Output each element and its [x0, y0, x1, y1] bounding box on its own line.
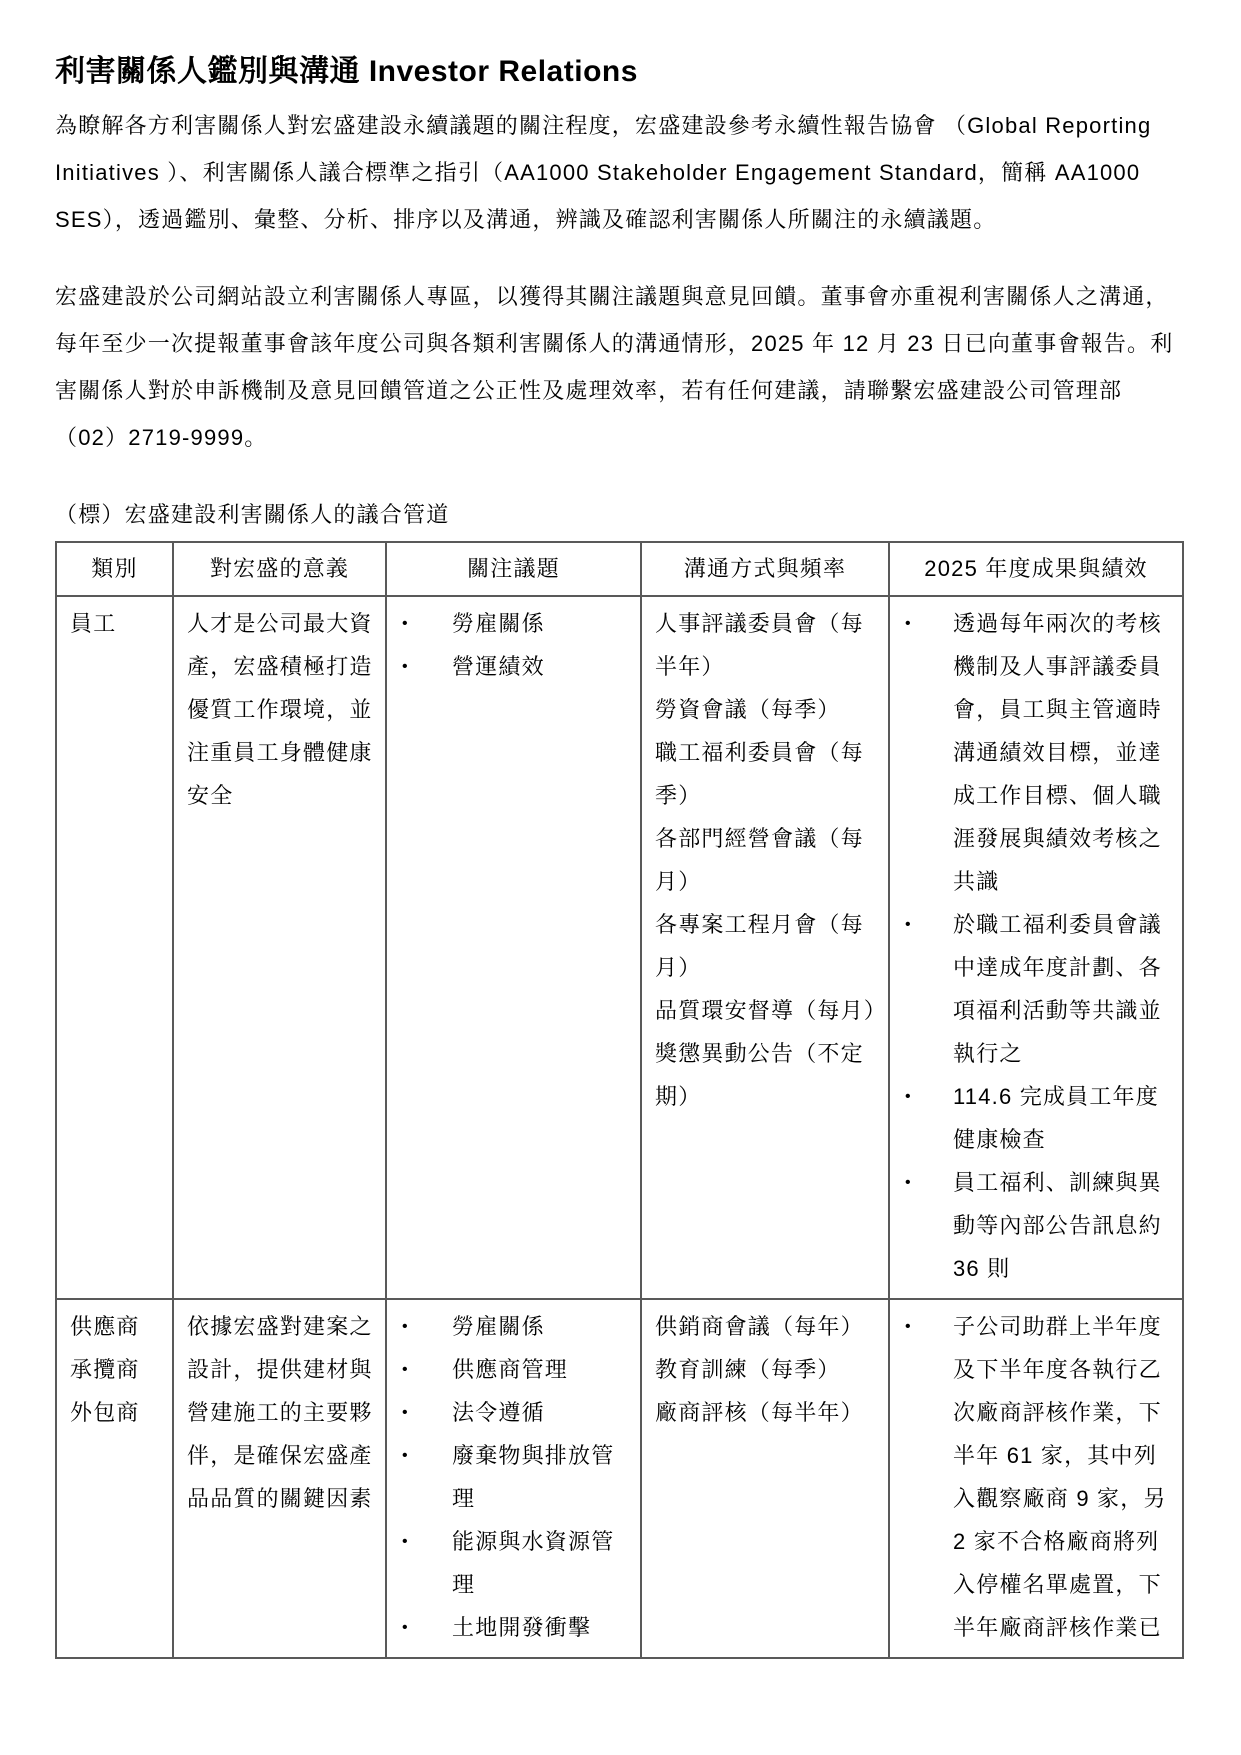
list-item: •114.6 完成員工年度健康檢查 [903, 1075, 1176, 1161]
list-item: •透過每年兩次的考核機制及人事評議委員會，員工與主管適時溝通績效目標，並達成工作… [903, 602, 1176, 903]
list-item-text: 能源與水資源管理 [452, 1520, 634, 1606]
list-item: 承攬商 [70, 1348, 166, 1391]
table-row-suppliers: 供應商承攬商外包商 依據宏盛對建案之設計，提供建材與營建施工的主要夥伴，是確保宏… [56, 1299, 1183, 1658]
list-item: •能源與水資源管理 [400, 1520, 634, 1606]
cell-results: •透過每年兩次的考核機制及人事評議委員會，員工與主管適時溝通績效目標，並達成工作… [889, 596, 1183, 1299]
bullet-icon: • [903, 1075, 953, 1118]
table-caption: （標）宏盛建設利害關係人的議合管道 [55, 491, 1184, 538]
header-meaning: 對宏盛的意義 [173, 542, 386, 596]
cell-topics: •勞雇關係•供應商管理•法令遵循•廢棄物與排放管理•能源與水資源管理•土地開發衝… [386, 1299, 641, 1658]
list-item: 員工 [70, 602, 166, 645]
list-item-text: 土地開發衝擊 [452, 1606, 634, 1649]
page-title: 利害關係人鑑別與溝通 Investor Relations [55, 52, 1184, 92]
list-item-text: 子公司助群上半年度及下半年度各執行乙次廠商評核作業，下半年 61 家，其中列入觀… [953, 1305, 1176, 1649]
list-item: 外包商 [70, 1391, 166, 1434]
bullet-icon: • [400, 1520, 452, 1563]
list-item-text: 廢棄物與排放管理 [452, 1434, 634, 1520]
list-item: 供應商 [70, 1305, 166, 1348]
cell-channels: 人事評議委員會（每半年）勞資會議（每季）職工福利委員會（每季）各部門經營會議（每… [641, 596, 889, 1299]
list-item-text: 員工福利、訓練與異動等內部公告訊息約 36 則 [953, 1161, 1176, 1290]
list-item: 教育訓練（每季） [655, 1348, 882, 1391]
list-item: 勞資會議（每季） [655, 688, 882, 731]
cell-category: 供應商承攬商外包商 [56, 1299, 173, 1658]
bullet-icon: • [903, 1161, 953, 1204]
header-channels: 溝通方式與頻率 [641, 542, 889, 596]
list-item: •營運績效 [400, 645, 634, 688]
table-row-employees: 員工 人才是公司最大資產，宏盛積極打造優質工作環境，並注重員工身體健康安全 •勞… [56, 596, 1183, 1299]
list-item-text: 營運績效 [452, 645, 634, 688]
cell-topics: •勞雇關係•營運績效 [386, 596, 641, 1299]
bullet-icon: • [400, 1348, 452, 1391]
list-item: •廢棄物與排放管理 [400, 1434, 634, 1520]
cell-meaning: 依據宏盛對建案之設計，提供建材與營建施工的主要夥伴，是確保宏盛產品品質的關鍵因素 [173, 1299, 386, 1658]
list-item: •員工福利、訓練與異動等內部公告訊息約 36 則 [903, 1161, 1176, 1290]
list-item: •勞雇關係 [400, 1305, 634, 1348]
bullet-icon: • [400, 602, 452, 645]
communication-paragraph: 宏盛建設於公司網站設立利害關係人專區，以獲得其關注議題與意見回饋。董事會亦重視利… [55, 273, 1184, 461]
cell-meaning: 人才是公司最大資產，宏盛積極打造優質工作環境，並注重員工身體健康安全 [173, 596, 386, 1299]
bullet-icon: • [903, 903, 953, 946]
list-item: 各專案工程月會（每月） [655, 903, 882, 989]
list-item: •供應商管理 [400, 1348, 634, 1391]
header-results: 2025 年度成果與績效 [889, 542, 1183, 596]
list-item: •勞雇關係 [400, 602, 634, 645]
table-header-row: 類別 對宏盛的意義 關注議題 溝通方式與頻率 2025 年度成果與績效 [56, 542, 1183, 596]
list-item: 廠商評核（每半年） [655, 1391, 882, 1434]
bullet-icon: • [400, 1305, 452, 1348]
cell-category: 員工 [56, 596, 173, 1299]
list-item-text: 勞雇關係 [452, 1305, 634, 1348]
list-item: •於職工福利委員會議中達成年度計劃、各項福利活動等共識並執行之 [903, 903, 1176, 1075]
list-item-text: 勞雇關係 [452, 602, 634, 645]
bullet-icon: • [400, 1606, 452, 1649]
list-item-text: 於職工福利委員會議中達成年度計劃、各項福利活動等共識並執行之 [953, 903, 1176, 1075]
cell-channels: 供銷商會議（每年）教育訓練（每季）廠商評核（每半年） [641, 1299, 889, 1658]
header-category: 類別 [56, 542, 173, 596]
list-item: 各部門經營會議（每月） [655, 817, 882, 903]
bullet-icon: • [400, 1391, 452, 1434]
bullet-icon: • [400, 1434, 452, 1477]
list-item: •土地開發衝擊 [400, 1606, 634, 1649]
list-item-text: 透過每年兩次的考核機制及人事評議委員會，員工與主管適時溝通績效目標，並達成工作目… [953, 602, 1176, 903]
stakeholder-engagement-table: 類別 對宏盛的意義 關注議題 溝通方式與頻率 2025 年度成果與績效 員工 人… [55, 541, 1184, 1659]
list-item-text: 供應商管理 [452, 1348, 634, 1391]
list-item: •法令遵循 [400, 1391, 634, 1434]
list-item-text: 法令遵循 [452, 1391, 634, 1434]
bullet-icon: • [400, 645, 452, 688]
bullet-icon: • [903, 1305, 953, 1348]
bullet-icon: • [903, 602, 953, 645]
list-item-text: 114.6 完成員工年度健康檢查 [953, 1075, 1176, 1161]
intro-paragraph: 為瞭解各方利害關係人對宏盛建設永續議題的關注程度，宏盛建設參考永續性報告協會 （… [55, 102, 1184, 243]
cell-results: •子公司助群上半年度及下半年度各執行乙次廠商評核作業，下半年 61 家，其中列入… [889, 1299, 1183, 1658]
list-item: 品質環安督導（每月） [655, 989, 882, 1032]
list-item: 職工福利委員會（每季） [655, 731, 882, 817]
header-topics: 關注議題 [386, 542, 641, 596]
list-item: 獎懲異動公告（不定期） [655, 1032, 882, 1118]
list-item: •子公司助群上半年度及下半年度各執行乙次廠商評核作業，下半年 61 家，其中列入… [903, 1305, 1176, 1649]
list-item: 人事評議委員會（每半年） [655, 602, 882, 688]
document-page: 利害關係人鑑別與溝通 Investor Relations 為瞭解各方利害關係人… [0, 0, 1241, 1755]
list-item: 供銷商會議（每年） [655, 1305, 882, 1348]
